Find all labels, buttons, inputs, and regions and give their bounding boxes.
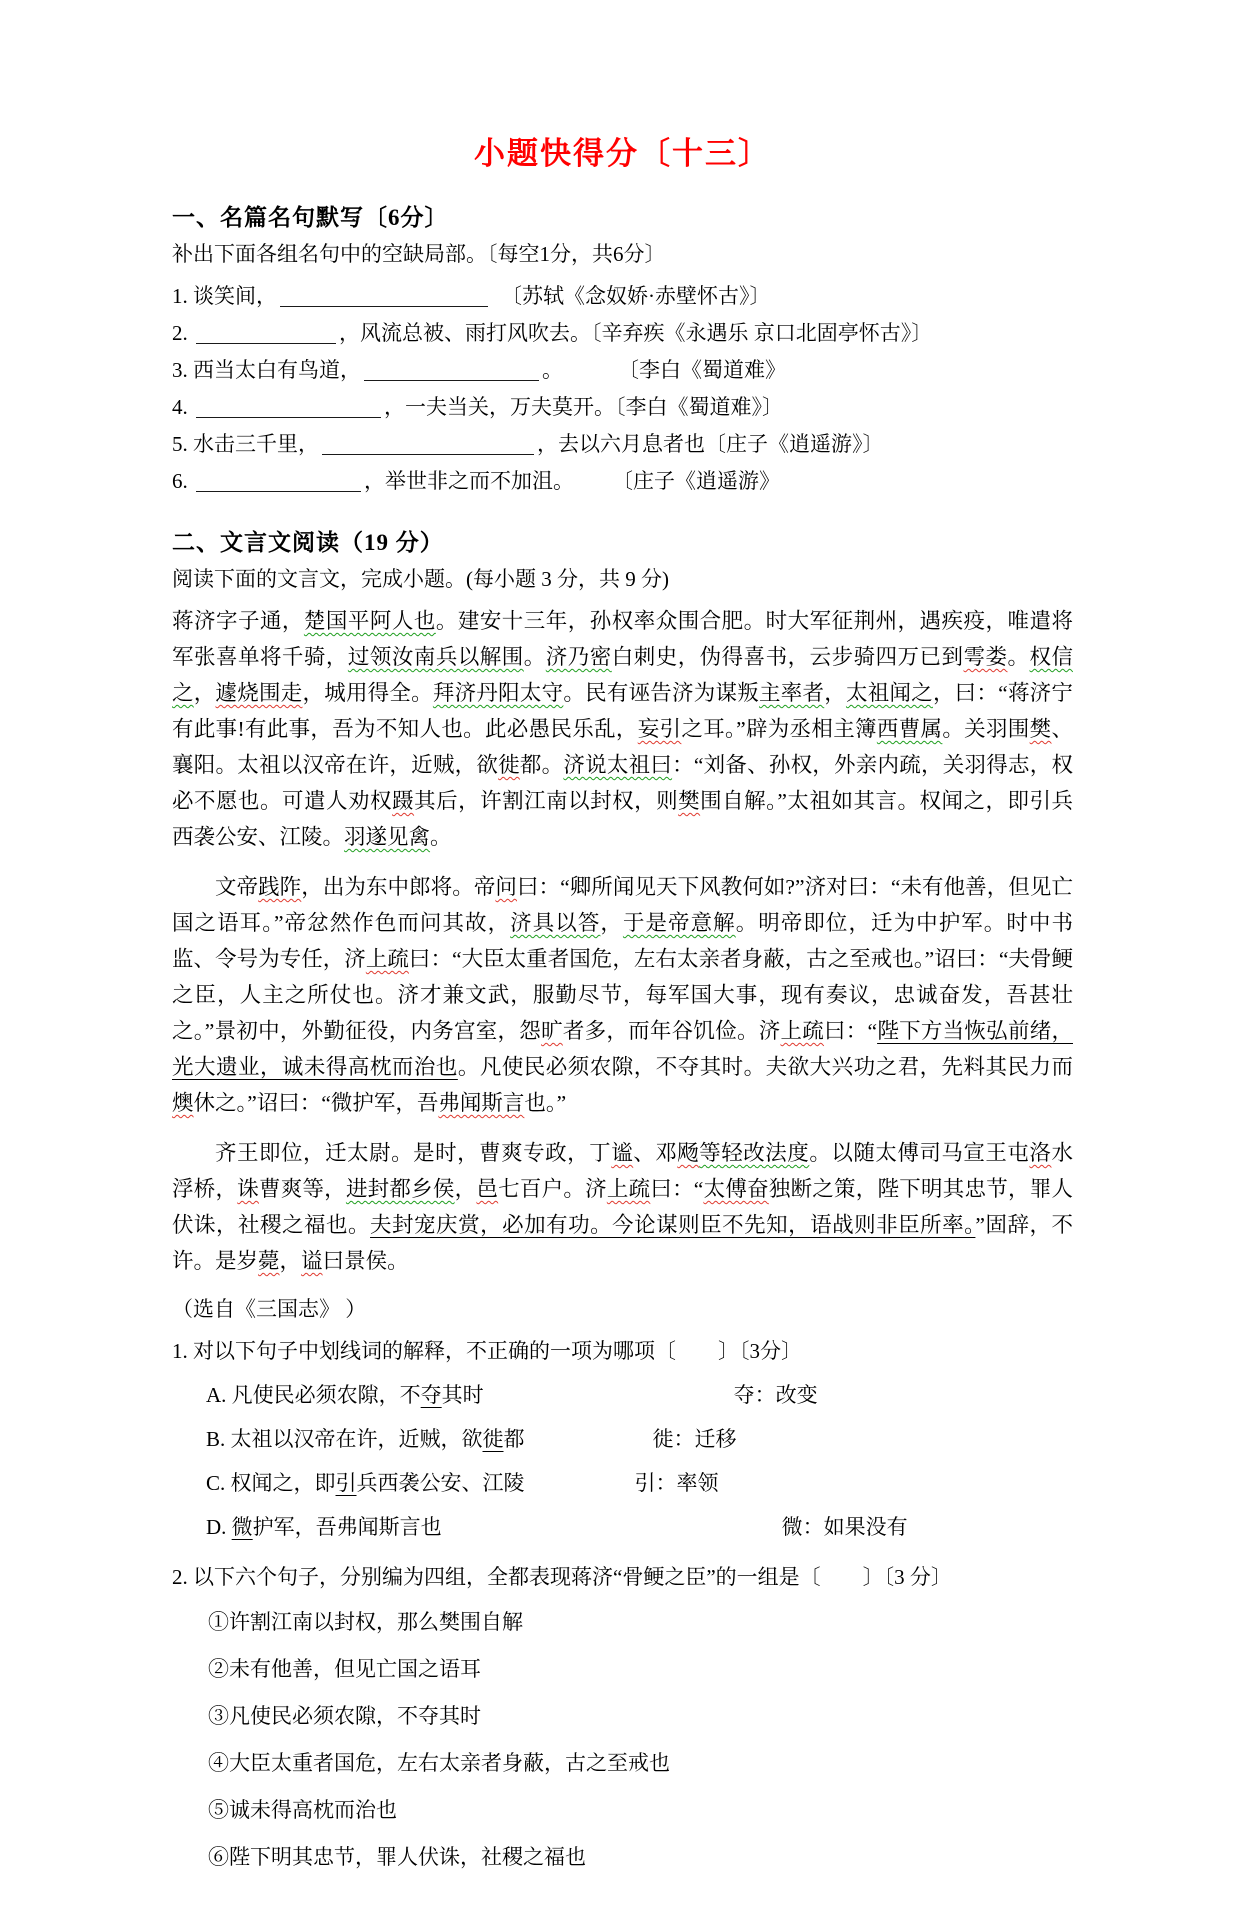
- text-segment: A. 凡使民必须农隙，不: [206, 1383, 421, 1407]
- text-segment: 弗闻斯言: [438, 1091, 524, 1115]
- text-segment: 蹑: [392, 789, 414, 813]
- page-title: 小题快得分〔十三〕: [172, 128, 1073, 173]
- text-segment: ，举世非之而不加沮。: [364, 469, 574, 493]
- text-segment: ，: [194, 681, 216, 705]
- text-segment: 休之。”诏曰：“微护军，吾: [194, 1091, 439, 1115]
- spacing-gap: [442, 1533, 782, 1534]
- question1-option-d: D. 微护军，吾弗闻斯言也微：如果没有: [206, 1505, 1073, 1549]
- text-segment: 樊: [1030, 717, 1052, 741]
- spacing-gap: [491, 302, 501, 303]
- text-segment: 齐王即位，迁太尉。是时，曹爽专政，丁: [215, 1141, 611, 1165]
- text-segment: ，去以六月息者也〔庄子《逍遥游》〕: [537, 432, 884, 456]
- text-segment: 曹爽等，: [259, 1177, 346, 1201]
- answer-blank: [364, 378, 539, 381]
- text-segment: 。民有诬告济为谋叛: [563, 681, 759, 705]
- text-segment: 。关羽围: [942, 717, 1029, 741]
- spacing-gap: [525, 1489, 635, 1490]
- text-segment: 旷: [541, 1019, 563, 1043]
- text-segment: 洛: [1029, 1141, 1051, 1165]
- text-segment: 白刺史，伪得喜书，云步骑四万已到: [612, 645, 964, 669]
- text-segment: ，风流总被、雨打风吹去。〔辛弃疾《永遇乐 京口北固亭怀古》〕: [339, 321, 932, 345]
- text-segment: 上疏: [366, 947, 409, 971]
- text-segment: 等轻改法度: [699, 1141, 809, 1165]
- question2-sentence-5: ⑤诚未得高枕而治也: [208, 1787, 1073, 1834]
- text-segment: 徙: [498, 753, 520, 777]
- text-segment: 微：如果没有: [782, 1515, 908, 1539]
- text-segment: 燠: [172, 1091, 194, 1115]
- question1-stem: 1. 对以下句子中划线词的解释，不正确的一项为哪项〔 〕〔3分〕: [172, 1329, 1073, 1373]
- text-segment: C. 权闻之，即: [206, 1471, 336, 1495]
- text-segment: 5. 水击三千里，: [172, 432, 319, 456]
- text-segment: 引: [336, 1471, 357, 1495]
- text-segment: ，城用得全。: [302, 681, 432, 705]
- text-segment: 主率者: [759, 681, 824, 705]
- text-segment: 护军，吾弗闻斯言也: [253, 1515, 442, 1539]
- section-classical-reading: 二、文言文阅读（19 分） 阅读下面的文言文，完成小题。(每小题 3 分，共 9…: [172, 524, 1073, 1881]
- text-segment: 曰景侯。: [323, 1249, 409, 1273]
- text-segment: 曰：“: [824, 1019, 877, 1043]
- text-segment: 。: [1008, 645, 1030, 669]
- text-segment: 文帝: [215, 875, 258, 899]
- text-segment: 太祖闻之: [846, 681, 933, 705]
- question1-option-c: C. 权闻之，即引兵西袭公安、江陵引：率领: [206, 1461, 1073, 1505]
- answer-blank: [322, 452, 534, 455]
- text-segment: ，出为东中郎将。帝: [301, 875, 495, 899]
- text-segment: 蒋济字子通，: [172, 609, 304, 633]
- text-segment: D.: [206, 1515, 232, 1539]
- passage-source: （选自《三国志》 ）: [172, 1293, 1073, 1323]
- text-segment: 济乃密: [546, 645, 612, 669]
- text-segment: 夺：改变: [734, 1383, 818, 1407]
- text-segment: 妄引: [638, 717, 682, 741]
- fill-item-1: 1. 谈笑间，〔苏轼《念奴娇·赤壁怀古》〕: [172, 278, 1073, 315]
- text-segment: 上疏: [780, 1019, 824, 1043]
- answer-blank: [196, 341, 336, 344]
- passage-paragraph-1: 蒋济字子通，楚国平阿人也。建安十三年，孙权率众围合肥。时大军征荆州，遇疾疫，唯遣…: [172, 603, 1073, 855]
- text-segment: 上疏: [607, 1177, 650, 1201]
- text-segment: 济具以答: [510, 911, 600, 935]
- text-segment: 6.: [172, 469, 193, 493]
- text-segment: 西曹属: [877, 717, 942, 741]
- spacing-gap: [574, 487, 612, 488]
- text-segment: 飏: [677, 1141, 699, 1165]
- question1-option-b: B. 太祖以汉帝在许，近贼，欲徙都徙：迁移: [206, 1417, 1073, 1461]
- text-segment: 楚国平阿人也: [304, 609, 436, 633]
- text-segment: 夫封宠庆赏，必加有功。今论谋则臣不先知，语战则非臣所率。: [370, 1213, 975, 1237]
- text-segment: 夺: [421, 1383, 442, 1407]
- text-segment: ，一夫当关，万夫莫开。〔李白《蜀道难》〕: [384, 395, 783, 419]
- text-segment: 其后，许割江南以封权，则: [414, 789, 678, 813]
- text-segment: 羽遂见禽: [344, 825, 430, 849]
- text-segment: 都。: [520, 753, 563, 777]
- text-segment: 拜济丹阳太守: [433, 681, 563, 705]
- text-segment: ，: [280, 1249, 302, 1273]
- text-segment: ，: [824, 681, 846, 705]
- passage-paragraph-3: 齐王即位，迁太尉。是时，曹爽专政，丁谧、邓飏等轻改法度。以随太傅司马宣王屯洛水浮…: [172, 1135, 1073, 1279]
- text-segment: 者多，而年谷饥俭。济: [563, 1019, 781, 1043]
- text-segment: 兵西袭公安、江陵: [357, 1471, 525, 1495]
- exam-paper-page: 小题快得分〔十三〕 一、名篇名句默写〔6分〕 补出下面各组名句中的空缺局部。〔每…: [0, 0, 1241, 1921]
- text-segment: 2.: [172, 321, 193, 345]
- text-segment: ，: [455, 1177, 477, 1201]
- text-segment: 都: [504, 1427, 525, 1451]
- spacing-gap: [563, 376, 618, 377]
- section2-heading: 二、文言文阅读（19 分）: [172, 524, 1073, 557]
- text-segment: 4.: [172, 395, 193, 419]
- text-segment: 3. 西当太白有鸟道，: [172, 358, 361, 382]
- text-segment: 于是帝意解: [623, 911, 736, 935]
- text-segment: 问: [495, 875, 517, 899]
- text-segment: 谧: [611, 1141, 633, 1165]
- text-segment: 1. 谈笑间，: [172, 284, 277, 308]
- text-segment: 过领汝南兵以解围: [348, 645, 524, 669]
- text-segment: 遽烧围走: [216, 681, 303, 705]
- question2-sentence-6: ⑥陛下明其忠节，罪人伏诛，社稷之福也: [208, 1834, 1073, 1881]
- text-segment: 诛: [237, 1177, 259, 1201]
- question2-sentence-1: ①许割江南以封权，那么樊围自解: [208, 1599, 1073, 1646]
- text-segment: 太傅奋: [703, 1177, 768, 1201]
- text-segment: 。: [542, 358, 563, 382]
- text-segment: 徙：迁移: [653, 1427, 737, 1451]
- section1-heading: 一、名篇名句默写〔6分〕: [172, 199, 1073, 232]
- section2-intro: 阅读下面的文言文，完成小题。(每小题 3 分，共 9 分): [172, 563, 1073, 593]
- text-segment: 引：率领: [635, 1471, 719, 1495]
- section1-intro: 补出下面各组名句中的空缺局部。〔每空1分，共6分〕: [172, 238, 1073, 268]
- text-segment: 徙: [483, 1427, 504, 1451]
- fill-item-5: 5. 水击三千里，，去以六月息者也〔庄子《逍遥游》〕: [172, 426, 1073, 463]
- text-segment: 济说太祖曰: [563, 753, 672, 777]
- text-segment: 进封都乡侯: [346, 1177, 455, 1201]
- question2-sentence-4: ④大臣太重者国危，左右太亲者身蔽，古之至戒也: [208, 1740, 1073, 1787]
- passage-paragraph-2: 文帝践阼，出为东中郎将。帝问曰：“卿所闻见天下风教何如?”济对曰：“未有他善，但…: [172, 869, 1073, 1121]
- text-segment: 践阼: [258, 875, 301, 899]
- fill-item-4: 4. ，一夫当关，万夫莫开。〔李白《蜀道难》〕: [172, 389, 1073, 426]
- text-segment: 其时: [442, 1383, 484, 1407]
- text-segment: 。凡使民必须农隙，不夺其时。夫欲大兴功之君，先料其民力而: [458, 1055, 1073, 1079]
- question2-sentence-3: ③凡使民必须农隙，不夺其时: [208, 1693, 1073, 1740]
- text-segment: 微: [232, 1515, 253, 1539]
- section-dictation: 一、名篇名句默写〔6分〕 补出下面各组名句中的空缺局部。〔每空1分，共6分〕 1…: [172, 199, 1073, 500]
- text-segment: 也。”: [524, 1091, 566, 1115]
- text-segment: 。: [430, 825, 452, 849]
- text-segment: 之耳。”辟为丞相主簿: [681, 717, 877, 741]
- text-segment: ，: [600, 911, 623, 935]
- text-segment: 邑: [476, 1177, 498, 1201]
- spacing-gap: [484, 1401, 734, 1402]
- text-segment: 曰：“: [650, 1177, 703, 1201]
- answer-blank: [196, 415, 381, 418]
- text-segment: 七百户。济: [498, 1177, 607, 1201]
- fill-item-6: 6. ，举世非之而不加沮。〔庄子《逍遥游》: [172, 463, 1073, 500]
- text-segment: 、邓: [633, 1141, 677, 1165]
- answer-blank: [196, 489, 361, 492]
- text-segment: 〔苏轼《念奴娇·赤壁怀古》〕: [501, 284, 771, 308]
- text-segment: 。: [524, 645, 546, 669]
- answer-blank: [280, 304, 488, 307]
- fill-item-2: 2. ，风流总被、雨打风吹去。〔辛弃疾《永遇乐 京口北固亭怀古》〕: [172, 315, 1073, 352]
- question2-sentence-2: ②未有他善，但见亡国之语耳: [208, 1646, 1073, 1693]
- spacing-gap: [525, 1445, 653, 1446]
- text-segment: 雩娄: [964, 645, 1008, 669]
- text-segment: B. 太祖以汉帝在许，近贼，欲: [206, 1427, 483, 1451]
- question1-option-a: A. 凡使民必须农隙，不夺其时夺：改变: [206, 1373, 1073, 1417]
- fill-item-3: 3. 西当太白有鸟道，。〔李白《蜀道难》: [172, 352, 1073, 389]
- text-segment: 〔庄子《逍遥游》: [612, 469, 780, 493]
- question2-stem: 2. 以下六个句子，分别编为四组，全都表现蒋济“骨鲠之臣”的一组是〔 〕〔3 分…: [172, 1555, 1073, 1599]
- text-segment: 。以随太傅司马宣王屯: [809, 1141, 1029, 1165]
- text-segment: 樊: [678, 789, 700, 813]
- text-segment: 〔李白《蜀道难》: [618, 358, 786, 382]
- text-segment: 薨: [258, 1249, 280, 1273]
- text-segment: 谥: [301, 1249, 323, 1273]
